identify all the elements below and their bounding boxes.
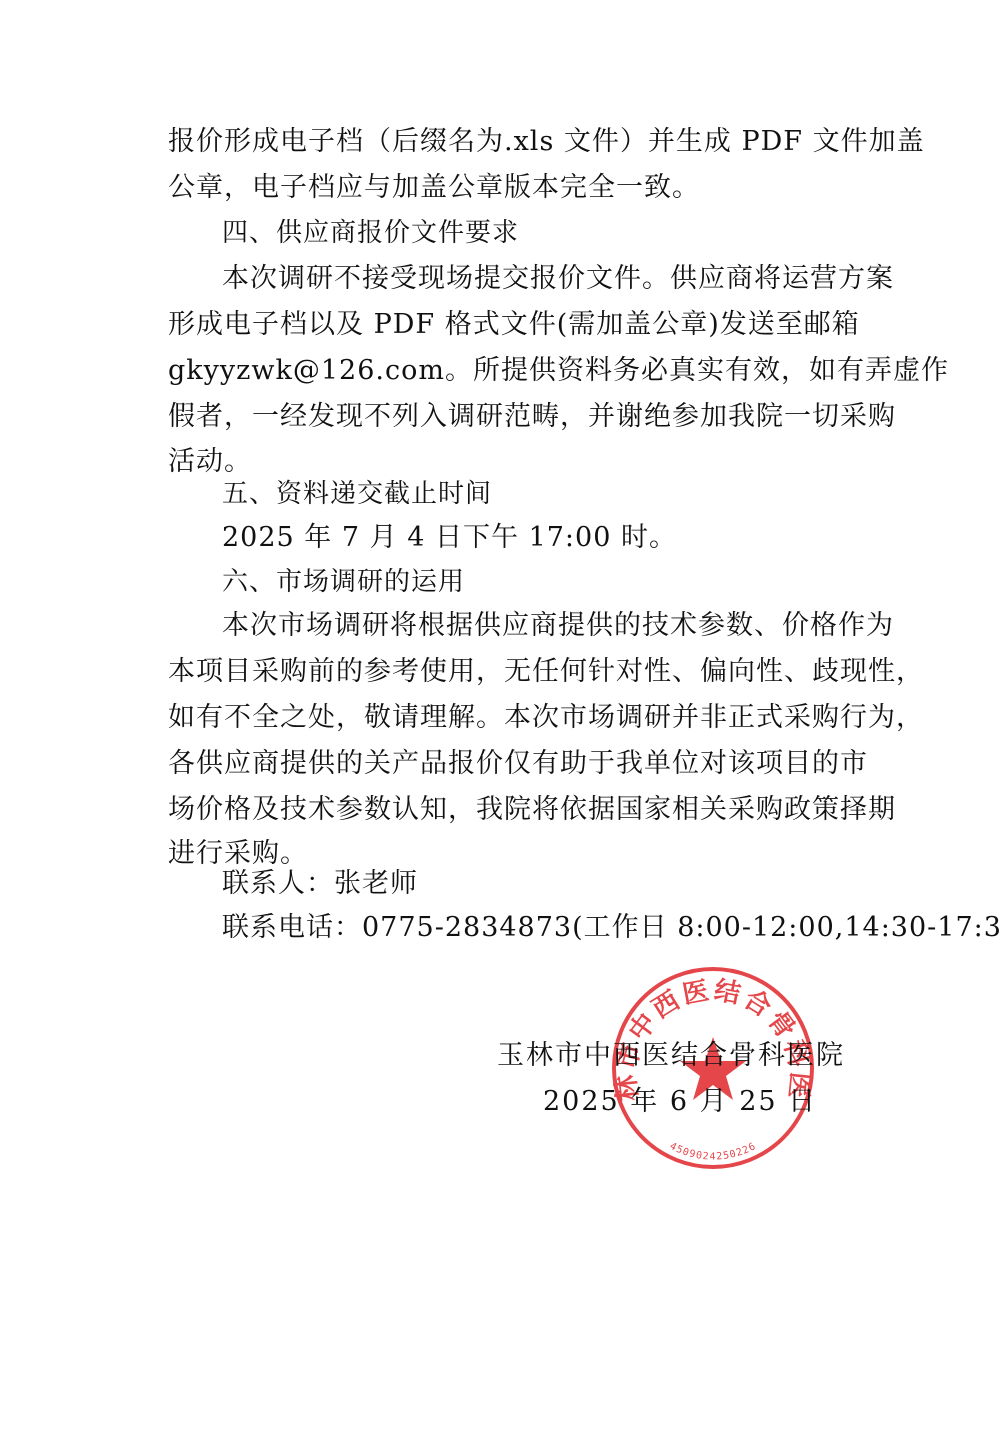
section-heading-5: 五、资料递交截止时间 xyxy=(222,474,492,514)
document-page: 报价形成电子档（后缀名为.xls 文件）并生成 PDF 文件加盖 公章，电子档应… xyxy=(0,0,1000,1451)
section-heading-4: 四、供应商报价文件要求 xyxy=(222,213,519,253)
seal-code: 4509024250226 xyxy=(668,1141,758,1163)
paragraph-line: 形成电子档以及 PDF 格式文件(需加盖公章)发送至邮箱 xyxy=(168,305,860,345)
signature-date: 2025 年 6 月 25 日 xyxy=(543,1082,817,1122)
svg-text:4509024250226: 4509024250226 xyxy=(668,1141,758,1163)
paragraph-line: 本项目采购前的参考使用，无任何针对性、偏向性、歧现性， xyxy=(168,652,924,692)
paragraph-line: 公章，电子档应与加盖公章版本完全一致。 xyxy=(168,168,700,208)
paragraph-line: gkyyzwk@126.com。所提供资料务必真实有效，如有弄虚作 xyxy=(168,351,949,391)
paragraph-line: 本次市场调研将根据供应商提供的技术参数、价格作为 xyxy=(222,606,894,646)
section-heading-6: 六、市场调研的运用 xyxy=(222,562,465,602)
paragraph-line: 场价格及技术参数认知，我院将依据国家相关采购政策择期 xyxy=(168,790,896,830)
paragraph-line: 报价形成电子档（后缀名为.xls 文件）并生成 PDF 文件加盖 xyxy=(168,122,925,162)
paragraph-line: 假者，一经发现不列入调研范畴，并谢绝参加我院一切采购 xyxy=(168,397,896,437)
deadline-line: 2025 年 7 月 4 日下午 17:00 时。 xyxy=(222,518,677,558)
contact-person: 联系人：张老师 xyxy=(222,864,418,904)
paragraph-line: 各供应商提供的关产品报价仅有助于我单位对该项目的市 xyxy=(168,744,868,784)
signature-organization: 玉林市中西医结合骨科医院 xyxy=(497,1036,845,1076)
paragraph-line: 如有不全之处，敬请理解。本次市场调研并非正式采购行为， xyxy=(168,698,924,738)
contact-phone: 联系电话：0775-2834873(工作日 8:00-12:00,14:30-1… xyxy=(222,908,1000,948)
paragraph-line: 本次调研不接受现场提交报价文件。供应商将运营方案 xyxy=(222,259,894,299)
